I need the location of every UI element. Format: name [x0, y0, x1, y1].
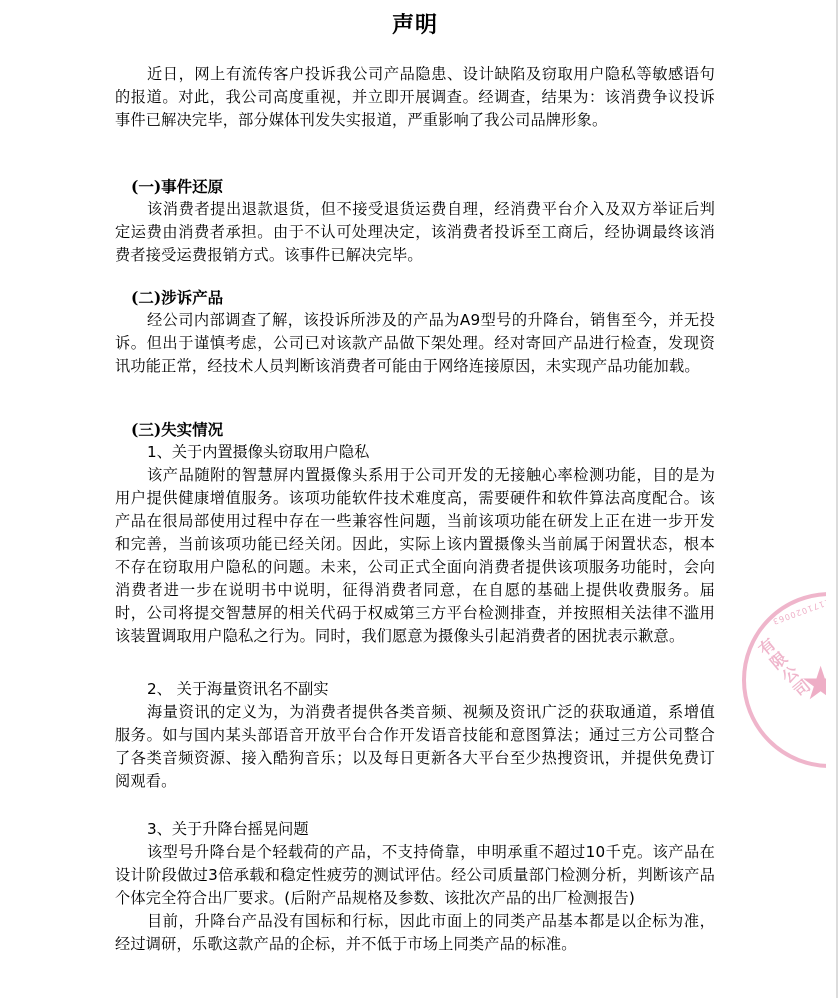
section-product-involved: (二)涉诉产品 经公司内部调查了解，该投诉所涉及的产品为A9型号的升降台，销售至… [115, 286, 715, 378]
intro-paragraph: 近日，网上有流传客户投诉我公司产品隐患、设计缺陷及窃取用户隐私等敏感语句的报道。… [115, 63, 715, 132]
section-heading: (三)失实情况 [115, 418, 715, 441]
subsection-massive-info: 2、 关于海量资讯名不副实 海量资讯的定义为，为消费者提供各类音频、视频及资讯广… [115, 678, 715, 793]
subsection-paragraph: 目前，升降台产品没有国标和行标，因此市面上的同类产品基本都是以企标为准，经过调研… [115, 910, 715, 956]
intro-block: 近日，网上有流传客户投诉我公司产品隐患、设计缺陷及窃取用户隐私等敏感语句的报道。… [115, 63, 715, 132]
section-paragraph: 该消费者提出退款退货，但不接受退货运费自理，经消费平台介入及双方举证后判定运费由… [115, 198, 715, 267]
subsection-paragraph: 该产品随附的智慧屏内置摄像头系用于公司开发的无接触心率检测功能，目的是为用户提供… [115, 464, 715, 648]
subsection-title: 3、关于升降台摇晃问题 [115, 818, 715, 841]
section-heading: (二)涉诉产品 [115, 286, 715, 309]
subsection-paragraph: 海量资讯的定义为，为消费者提供各类音频、视频及资讯广泛的获取通道，系增值服务。如… [115, 701, 715, 793]
subsection-lift-table-wobble: 3、关于升降台摇晃问题 该型号升降台是个轻载荷的产品，不支持倚靠，申明承重不超过… [115, 818, 715, 956]
subsection-title: 2、 关于海量资讯名不副实 [115, 678, 715, 701]
seal-text: 有限公司 [724, 634, 826, 757]
subsection-title: 1、关于内置摄像头窃取用户隐私 [115, 441, 715, 464]
seal-star-icon: ★ [800, 660, 826, 706]
seal-code: 4051171020063 [771, 591, 826, 627]
seal-ring [742, 592, 826, 768]
section-false-reports: (三)失实情况 1、关于内置摄像头窃取用户隐私 该产品随附的智慧屏内置摄像头系用… [115, 418, 715, 648]
section-paragraph: 经公司内部调查了解，该投诉所涉及的产品为A9型号的升降台，销售至今，并无投诉。但… [115, 309, 715, 378]
section-event-restoration: (一)事件还原 该消费者提出退款退货，但不接受退货运费自理，经消费平台介入及双方… [115, 175, 715, 267]
subsection-paragraph: 该型号升降台是个轻载荷的产品，不支持倚靠，申明承重不超过10千克。该产品在设计阶… [115, 841, 715, 910]
section-heading: (一)事件还原 [115, 175, 715, 198]
document-title: 声明 [115, 8, 715, 39]
